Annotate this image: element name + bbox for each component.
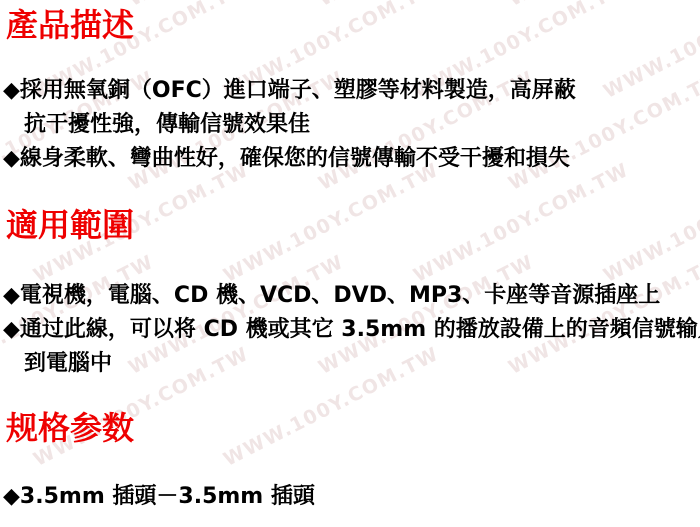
description-line: 到電腦中 (24, 349, 112, 379)
watermark-text: WWW.100Y.COM.TW (600, 159, 700, 287)
watermark-text: WWW.100Y.COM.TW (410, 159, 633, 287)
watermark-text: WWW.100Y.COM.TW (315, 0, 538, 11)
watermark-text: WWW.100Y.COM.TW (600, 0, 700, 103)
section-heading-applicable-range: 適用範圍 (6, 206, 134, 244)
watermark-text: WWW.100Y.COM.TW (125, 0, 348, 11)
description-line: ◆通过此線，可以将 CD 機或其它 3.5mm 的播放設備上的音頻信號输入 (3, 315, 700, 345)
product-description-page: WWW.100Y.COM.TWWWW.100Y.COM.TWWWW.100Y.C… (0, 0, 700, 527)
description-line: ◆採用無氧銅（OFC）進口端子、塑膠等材料製造，高屏蔽 (3, 76, 576, 106)
description-line: 抗干擾性強，傳輸信號效果佳 (24, 110, 310, 140)
section-heading-specifications: 规格参数 (6, 409, 134, 447)
watermark-text: WWW.100Y.COM.TW (220, 343, 443, 471)
watermark-text: WWW.100Y.COM.TW (220, 159, 443, 287)
description-line: ◆線身柔軟、彎曲性好，確保您的信號傳輸不受干擾和損失 (3, 144, 570, 174)
section-heading-product-description: 產品描述 (6, 6, 134, 44)
description-line: ◆電視機，電腦、CD 機、VCD、DVD、MP3、卡座等音源插座上 (3, 281, 660, 311)
description-line: ◆3.5mm 插頭－3.5mm 插頭 (3, 482, 315, 512)
watermark-text: WWW.100Y.COM.TW (505, 0, 700, 11)
